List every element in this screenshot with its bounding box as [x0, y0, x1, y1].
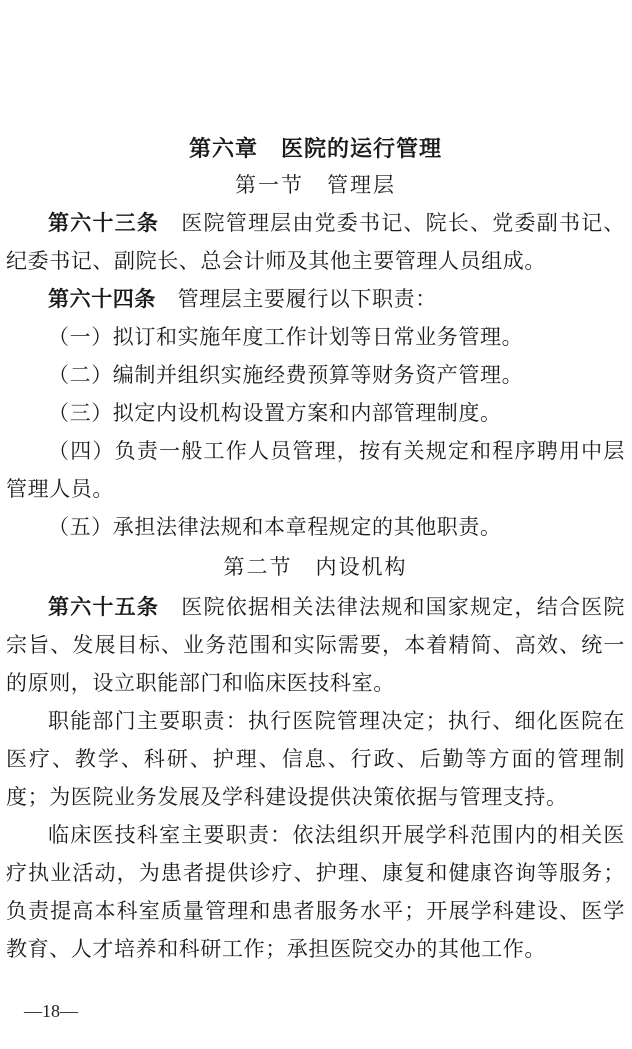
paragraph-text: 管理层主要履行以下职责： — [156, 287, 437, 311]
paragraph-text: （二）编制并组织实施经费预算等财务资产管理。 — [48, 363, 523, 387]
legal-paragraph: 职能部门主要职责：执行医院管理决定；执行、细化医院在医疗、教学、科研、护理、信息… — [6, 702, 625, 816]
legal-paragraph: （二）编制并组织实施经费预算等财务资产管理。 — [6, 356, 625, 394]
chapter-title: 第六章 医院的运行管理 — [6, 136, 625, 162]
legal-paragraph: 第六十三条 医院管理层由党委书记、院长、党委副书记、纪委书记、副院长、总会计师及… — [6, 204, 625, 280]
legal-paragraph: 第六十五条 医院依据相关法律法规和国家规定，结合医院宗旨、发展目标、业务范围和实… — [6, 588, 625, 702]
page-number: —18— — [24, 1000, 78, 1022]
section-title-2: 第二节 内设机构 — [6, 554, 625, 580]
legal-paragraph: （一）拟订和实施年度工作计划等日常业务管理。 — [6, 318, 625, 356]
legal-paragraph: （五）承担法律法规和本章程规定的其他职责。 — [6, 508, 625, 546]
paragraph-text: 临床医技科室主要职责：依法组织开展学科范围内的相关医疗执业活动，为患者提供诊疗、… — [6, 823, 625, 961]
paragraph-text: （四）负责一般工作人员管理，按有关规定和程序聘用中层管理人员。 — [6, 439, 625, 501]
clause-lead: 第六十四条 — [48, 287, 156, 311]
paragraph-text: （一）拟订和实施年度工作计划等日常业务管理。 — [48, 325, 523, 349]
paragraph-text: 职能部门主要职责：执行医院管理决定；执行、细化医院在医疗、教学、科研、护理、信息… — [6, 709, 625, 809]
clause-lead: 第六十三条 — [48, 211, 159, 235]
legal-paragraph: 第六十四条 管理层主要履行以下职责： — [6, 280, 625, 318]
legal-paragraph: （三）拟定内设机构设置方案和内部管理制度。 — [6, 394, 625, 432]
legal-paragraph: （四）负责一般工作人员管理，按有关规定和程序聘用中层管理人员。 — [6, 432, 625, 508]
clause-lead: 第六十五条 — [48, 595, 159, 619]
paragraph-text: （三）拟定内设机构设置方案和内部管理制度。 — [48, 401, 502, 425]
paragraph-text: （五）承担法律法规和本章程规定的其他职责。 — [48, 515, 502, 539]
legal-paragraph: 临床医技科室主要职责：依法组织开展学科范围内的相关医疗执业活动，为患者提供诊疗、… — [6, 816, 625, 968]
document-page: 第六章 医院的运行管理 第一节 管理层 第六十三条 医院管理层由党委书记、院长、… — [0, 0, 632, 1049]
section-title-1: 第一节 管理层 — [6, 172, 625, 198]
